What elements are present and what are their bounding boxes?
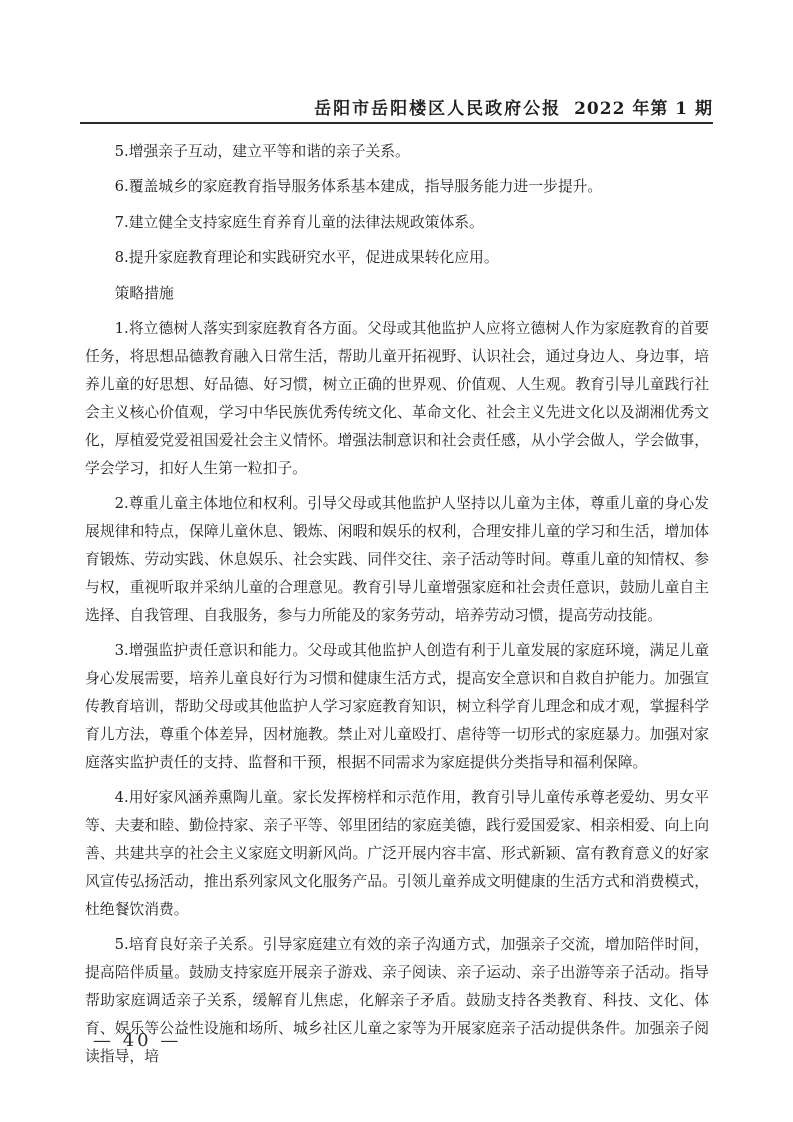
paragraph: 2.尊重儿童主体地位和权利。引导父母或其他监护人坚持以儿童为主体，尊重儿童的身心… [85, 490, 709, 630]
paragraph: 4.用好家风涵养熏陶儿童。家长发挥榜样和示范作用，教育引导儿童传承尊老爱幼、男女… [85, 784, 709, 924]
section-heading: 策略措施 [85, 280, 709, 308]
page-number: — 40 — [93, 1030, 181, 1051]
issue-number: 2022 年第 1 期 [574, 99, 713, 119]
document-body: 5.增强亲子互动，建立平等和谐的亲子关系。 6.覆盖城乡的家庭教育指导服务体系基… [85, 138, 709, 1071]
list-item: 7.建立健全支持家庭生育养育儿童的法律法规政策体系。 [85, 209, 709, 237]
paragraph: 1.将立德树人落实到家庭教育各方面。父母或其他监护人应将立德树人作为家庭教育的首… [85, 315, 709, 482]
list-item: 6.覆盖城乡的家庭教育指导服务体系基本建成，指导服务能力进一步提升。 [85, 173, 709, 201]
list-item: 8.提升家庭教育理论和实践研究水平，促进成果转化应用。 [85, 244, 709, 272]
paragraph: 3.增强监护责任意识和能力。父母或其他监护人创造有利于儿童发展的家庭环境，满足儿… [85, 637, 709, 777]
document-page: 岳阳市岳阳楼区人民政府公报2022 年第 1 期 5.增强亲子互动，建立平等和谐… [0, 0, 793, 1122]
page-header: 岳阳市岳阳楼区人民政府公报2022 年第 1 期 [80, 98, 713, 124]
gazette-title: 岳阳市岳阳楼区人民政府公报 [314, 99, 561, 119]
list-item: 5.增强亲子互动，建立平等和谐的亲子关系。 [85, 138, 709, 166]
